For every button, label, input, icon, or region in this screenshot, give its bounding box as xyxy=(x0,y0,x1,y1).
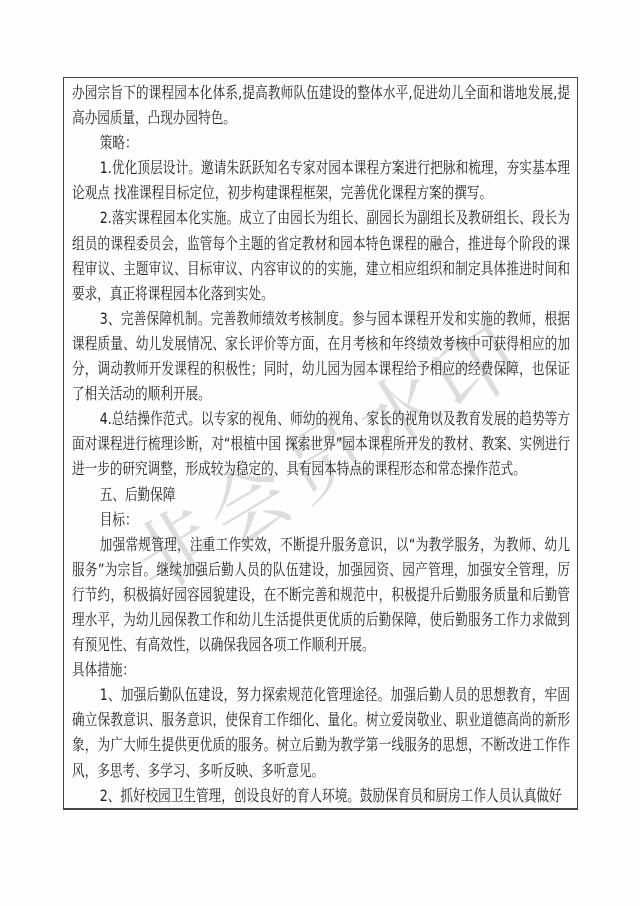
label-goal: 目标： xyxy=(72,507,570,532)
heading-logistics: 五、后勤保障 xyxy=(72,482,570,507)
para-goal: 加强常规管理，注重工作实效，不断提升服务意识，以“为教学服务，为教师、幼儿服务”… xyxy=(72,532,570,657)
para-strategy-3: 3、完善保障机制。完善教师绩效考核制度。参与园本课程开发和实施的教师，根据课程质… xyxy=(72,306,570,406)
para-strategy-2: 2.落实课程园本化实施。成立了由园长为组长、副园长为副组长及教研组长、段长为组员… xyxy=(72,205,570,305)
para-curriculum-intro: 办园宗旨下的课程园本化体系,提高教师队伍建设的整体水平,促进幼儿全面和谐地发展,… xyxy=(72,80,570,130)
document-content: 办园宗旨下的课程园本化体系,提高教师队伍建设的整体水平,促进幼儿全面和谐地发展,… xyxy=(72,80,570,808)
table-cell-border: 办园宗旨下的课程园本化体系,提高教师队伍建设的整体水平,促进幼儿全面和谐地发展,… xyxy=(63,77,578,810)
para-measure-1: 1、加强后勤队伍建设，努力探索规范化管理途径。加强后勤人员的思想教育，牢固确立保… xyxy=(72,682,570,782)
para-strategy-1: 1.优化顶层设计。邀请朱跃跃知名专家对园本课程方案进行把脉和梳理，夯实基本理论观… xyxy=(72,155,570,205)
label-measures: 具体措施： xyxy=(72,657,570,682)
document-page: 非会员水印 办园宗旨下的课程园本化体系,提高教师队伍建设的整体水平,促进幼儿全面… xyxy=(0,0,640,906)
para-measure-2: 2、抓好校园卫生管理，创设良好的育人环境。鼓励保育员和厨房工作人员认真做好 xyxy=(72,783,570,808)
para-strategy-4: 4.总结操作范式。以专家的视角、师幼的视角、家长的视角以及教育发展的趋势等方面对… xyxy=(72,406,570,481)
label-strategy: 策略： xyxy=(72,130,570,155)
